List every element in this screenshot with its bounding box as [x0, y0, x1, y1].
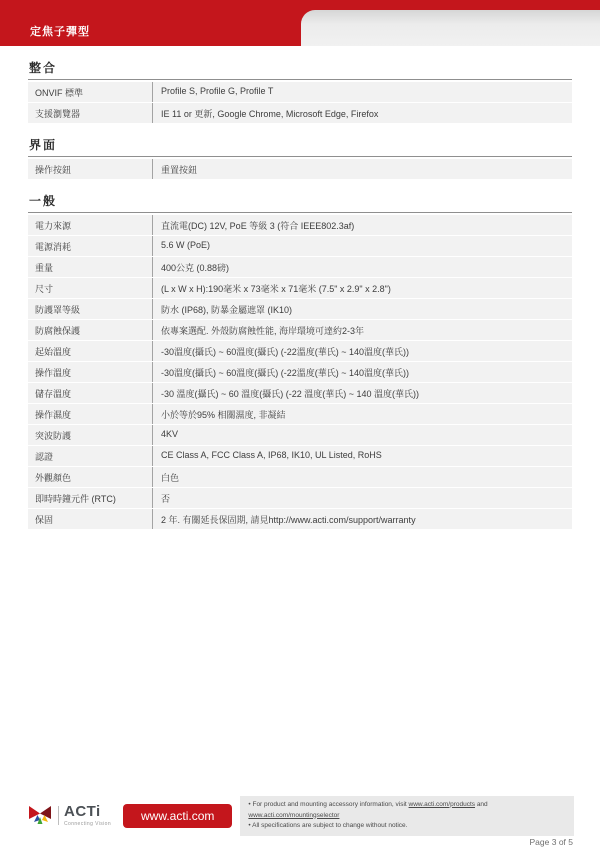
brand-tagline: Connecting Vision [64, 821, 111, 827]
brand-name: ACTi [64, 804, 111, 819]
spec-label: 支援瀏覽器 [28, 103, 152, 123]
acti-logo-icon [28, 804, 54, 828]
table-row: 支援瀏覽器 IE 11 or 更新, Google Chrome, Micros… [28, 103, 572, 123]
spec-value: 依專案選配. 外殼防腐蝕性能, 海岸環境可達約2-3年 [152, 320, 572, 340]
spec-value: -30 溫度(攝氏) ~ 60 溫度(攝氏) (-22 溫度(華氏) ~ 140… [152, 383, 572, 403]
spec-value: 否 [152, 488, 572, 508]
mounting-selector-link[interactable]: www.acti.com/mountingselector [248, 812, 339, 819]
spec-label: 即時時鐘元件 (RTC) [28, 488, 152, 508]
spec-label: 儲存溫度 [28, 383, 152, 403]
spec-label: 尺寸 [28, 278, 152, 298]
spec-label: 操作濕度 [28, 404, 152, 424]
spec-table-general: 電力來源 直流電(DC) 12V, PoE 等級 3 (符合 IEEE802.3… [28, 215, 572, 529]
spec-value: CE Class A, FCC Class A, IP68, IK10, UL … [152, 446, 572, 466]
header-bar: 定焦子彈型 [0, 0, 600, 46]
section-title-interface: 界面 [28, 134, 572, 157]
spec-label: 突波防護 [28, 425, 152, 445]
spec-label: ONVIF 標準 [28, 82, 152, 102]
logo-divider [58, 806, 59, 825]
spec-value: 直流電(DC) 12V, PoE 等級 3 (符合 IEEE802.3af) [152, 215, 572, 235]
spec-label: 外觀顏色 [28, 467, 152, 487]
spec-label: 認證 [28, 446, 152, 466]
spec-value: (L x W x H):190毫米 x 73毫米 x 71毫米 (7.5" x … [152, 278, 572, 298]
table-row: ONVIF 標準 Profile S, Profile G, Profile T [28, 82, 572, 102]
table-row: 電源消耗 5.6 W (PoE) [28, 236, 572, 256]
table-row: 即時時鐘元件 (RTC) 否 [28, 488, 572, 508]
spec-label: 電源消耗 [28, 236, 152, 256]
section-title-general: 一般 [28, 190, 572, 213]
disclaimer-box: For product and mounting accessory infor… [240, 796, 574, 836]
products-link[interactable]: www.acti.com/products [409, 801, 475, 808]
spec-value: IE 11 or 更新, Google Chrome, Microsoft Ed… [152, 103, 572, 123]
spec-label: 電力來源 [28, 215, 152, 235]
disclaimer-text: and [475, 801, 488, 808]
table-row: 外觀顏色 白色 [28, 467, 572, 487]
disclaimer-line-2: All specifications are subject to change… [248, 821, 566, 832]
spec-value: 重置按鈕 [152, 159, 572, 179]
table-row: 操作溫度 -30溫度(攝氏) ~ 60溫度(攝氏) (-22溫度(華氏) ~ 1… [28, 362, 572, 382]
spec-value: 5.6 W (PoE) [152, 236, 572, 256]
spec-value: -30溫度(攝氏) ~ 60溫度(攝氏) (-22溫度(華氏) ~ 140溫度(… [152, 362, 572, 382]
table-row: 認證 CE Class A, FCC Class A, IP68, IK10, … [28, 446, 572, 466]
section-title-integration: 整合 [28, 57, 572, 80]
spec-value: 4KV [152, 425, 572, 445]
table-row: 儲存溫度 -30 溫度(攝氏) ~ 60 溫度(攝氏) (-22 溫度(華氏) … [28, 383, 572, 403]
table-row: 尺寸 (L x W x H):190毫米 x 73毫米 x 71毫米 (7.5"… [28, 278, 572, 298]
spec-value: 小於等於95% 相關濕度, 非凝結 [152, 404, 572, 424]
spec-table-integration: ONVIF 標準 Profile S, Profile G, Profile T… [28, 82, 572, 123]
page-indicator: Page 3 of 5 [530, 837, 573, 847]
table-row: 防護罩等級 防水 (IP68), 防暴金屬遮罩 (IK10) [28, 299, 572, 319]
spec-value: 白色 [152, 467, 572, 487]
spec-value: 防水 (IP68), 防暴金屬遮罩 (IK10) [152, 299, 572, 319]
spec-value: -30溫度(攝氏) ~ 60溫度(攝氏) (-22溫度(華氏) ~ 140溫度(… [152, 341, 572, 361]
spec-label: 起始溫度 [28, 341, 152, 361]
disclaimer-line-1: For product and mounting accessory infor… [248, 800, 566, 821]
spec-label: 防護罩等級 [28, 299, 152, 319]
table-row: 突波防護 4KV [28, 425, 572, 445]
spec-value: Profile S, Profile G, Profile T [152, 82, 572, 102]
spec-label: 保固 [28, 509, 152, 529]
website-button[interactable]: www.acti.com [123, 804, 232, 828]
table-row: 保固 2 年. 有關延長保固期, 請見http://www.acti.com/s… [28, 509, 572, 529]
table-row: 重量 400公克 (0.88磅) [28, 257, 572, 277]
spec-label: 防腐蝕保護 [28, 320, 152, 340]
spec-content: 整合 ONVIF 標準 Profile S, Profile G, Profil… [28, 57, 572, 529]
table-row: 操作按鈕 重置按鈕 [28, 159, 572, 179]
spec-table-interface: 操作按鈕 重置按鈕 [28, 159, 572, 179]
footer: ACTi Connecting Vision www.acti.com For … [28, 796, 574, 836]
page-title: 定焦子彈型 [30, 23, 90, 39]
spec-value: 2 年. 有關延長保固期, 請見http://www.acti.com/supp… [152, 509, 572, 529]
table-row: 操作濕度 小於等於95% 相關濕度, 非凝結 [28, 404, 572, 424]
spec-label: 重量 [28, 257, 152, 277]
spec-label: 操作溫度 [28, 362, 152, 382]
document-page: 定焦子彈型 整合 ONVIF 標準 Profile S, Profile G, … [0, 0, 600, 849]
acti-logo: ACTi Connecting Vision [28, 804, 111, 828]
spec-label: 操作按鈕 [28, 159, 152, 179]
table-row: 電力來源 直流電(DC) 12V, PoE 等級 3 (符合 IEEE802.3… [28, 215, 572, 235]
table-row: 起始溫度 -30溫度(攝氏) ~ 60溫度(攝氏) (-22溫度(華氏) ~ 1… [28, 341, 572, 361]
table-row: 防腐蝕保護 依專案選配. 外殼防腐蝕性能, 海岸環境可達約2-3年 [28, 320, 572, 340]
disclaimer-text: For product and mounting accessory infor… [252, 801, 408, 808]
header-tab-shape [301, 10, 600, 46]
spec-value: 400公克 (0.88磅) [152, 257, 572, 277]
